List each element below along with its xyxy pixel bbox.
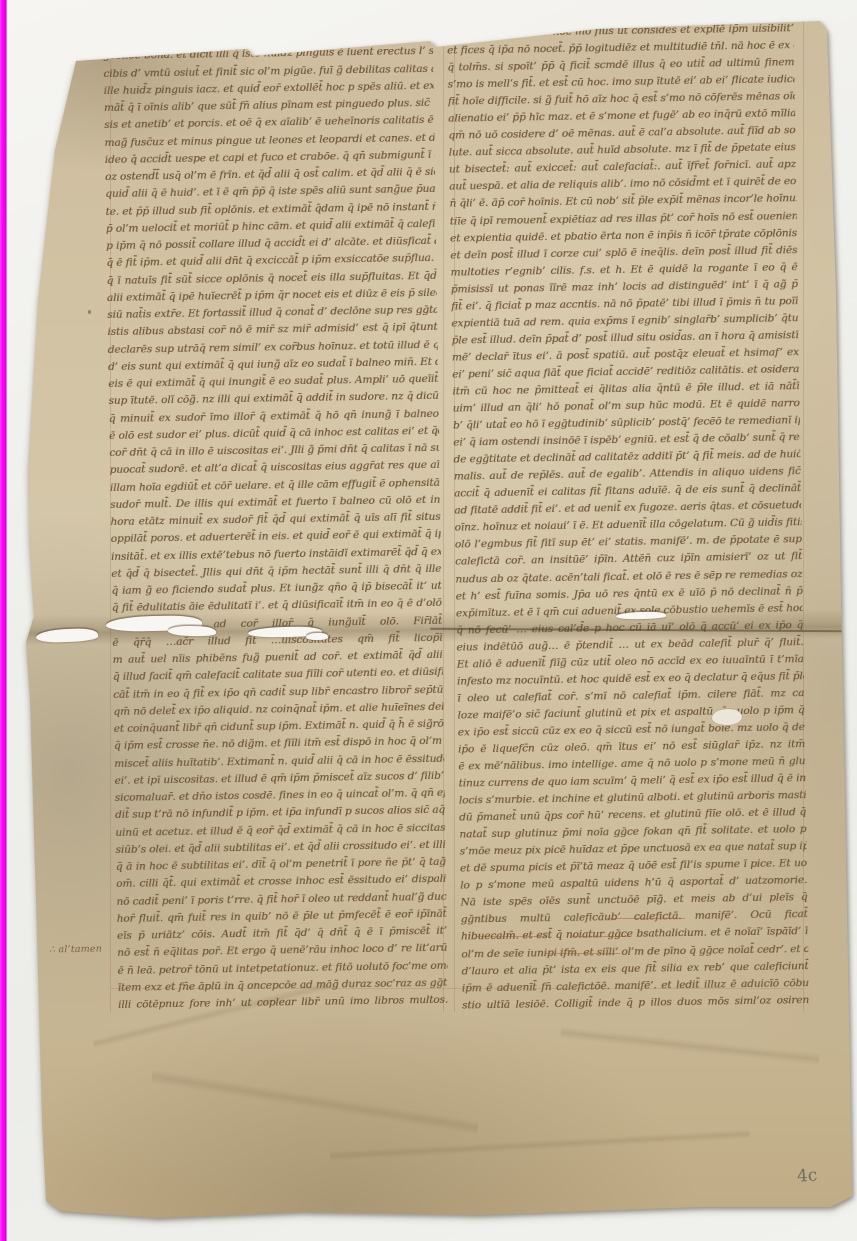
text-line: Dicit̄ g̃ illi q̄ huid̄z pinguis nō gn̄… [103, 26, 433, 48]
margin-note: ∴ al’tamen [49, 944, 102, 956]
parchment-tear [306, 633, 328, 640]
right-text-column: Et ē quidē p̄le est̄ l’ hoc mō fīus … [447, 20, 809, 1014]
scan-background: Dicit̄ g̃ illi q̄ huid̄z pinguis nō gn̄… [0, 0, 857, 1241]
ink-speck [88, 310, 91, 314]
left-text-column: Dicit̄ g̃ illi q̄ huid̄z pinguis nō gn̄… [103, 26, 448, 1014]
ink-speck [24, 682, 29, 688]
parchment-page: Dicit̄ g̃ illi q̄ huid̄z pinguis nō gn̄… [0, 0, 857, 1241]
folio-mark: 4c [796, 1165, 818, 1186]
color-calibration-strip [0, 0, 7, 1241]
rubric-underline [607, 918, 685, 919]
rubric-underline [476, 936, 546, 937]
damage-patch [712, 709, 742, 725]
rubric-underline [570, 936, 630, 937]
parchment-shadow: Dicit̄ g̃ illi q̄ huid̄z pinguis nō gn̄… [0, 0, 857, 1241]
rubric-underline [545, 953, 620, 954]
